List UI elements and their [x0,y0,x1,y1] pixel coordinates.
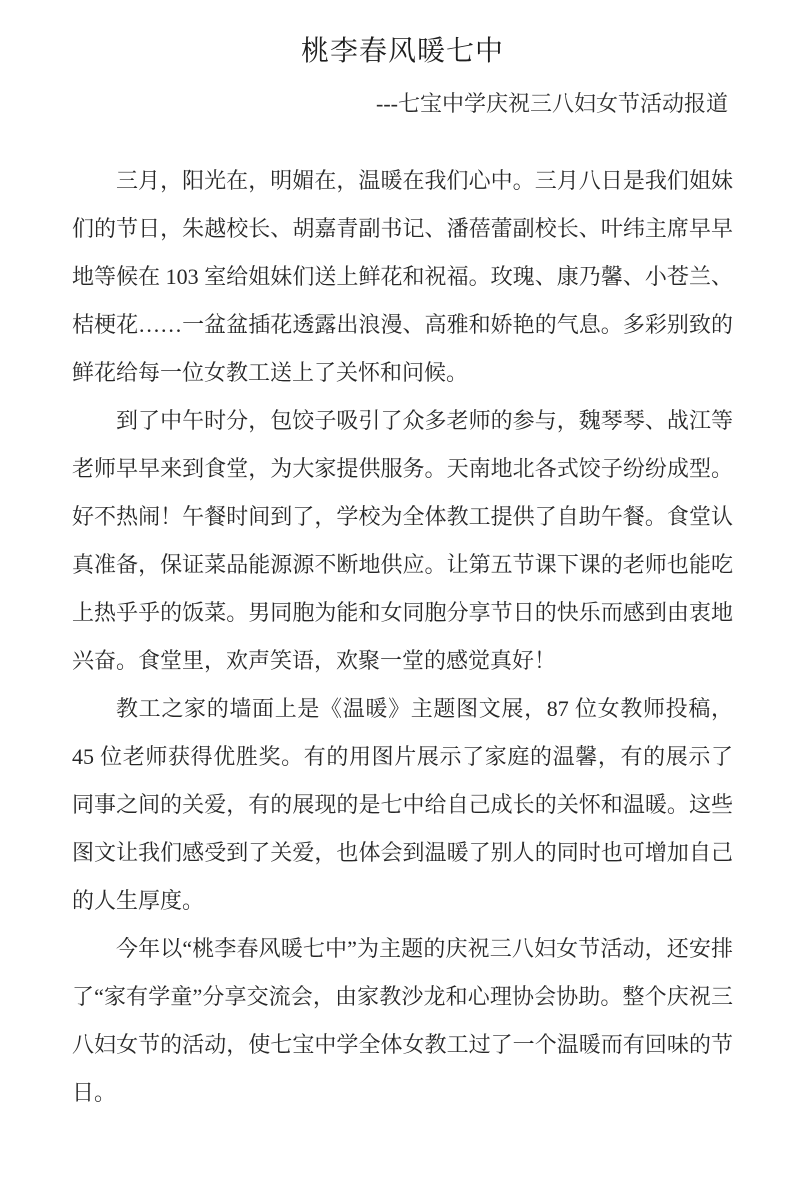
paragraph-photo-exhibition: 教工之家的墙面上是《温暖》主题图文展，87 位女教师投稿，45 位老师获得优胜奖… [72,685,733,925]
paragraph-dumplings-lunch: 到了中午时分，包饺子吸引了众多老师的参与，魏琴琴、战江等老师早早来到食堂，为大家… [72,397,733,685]
paragraph-theme-summary: 今年以“桃李春风暖七中”为主题的庆祝三八妇女节活动，还安排了“家有学童”分享交流… [72,925,733,1117]
document-subtitle: ---七宝中学庆祝三八妇女节活动报道 [0,88,728,120]
document-body: 三月，阳光在，明媚在，温暖在我们心中。三月八日是我们姐妹们的节日，朱越校长、胡嘉… [72,157,733,1117]
document-page: 桃李春风暖七中 ---七宝中学庆祝三八妇女节活动报道 三月，阳光在，明媚在，温暖… [0,0,805,1181]
document-title: 桃李春风暖七中 [0,32,805,72]
paragraph-flowers: 三月，阳光在，明媚在，温暖在我们心中。三月八日是我们姐妹们的节日，朱越校长、胡嘉… [72,157,733,397]
